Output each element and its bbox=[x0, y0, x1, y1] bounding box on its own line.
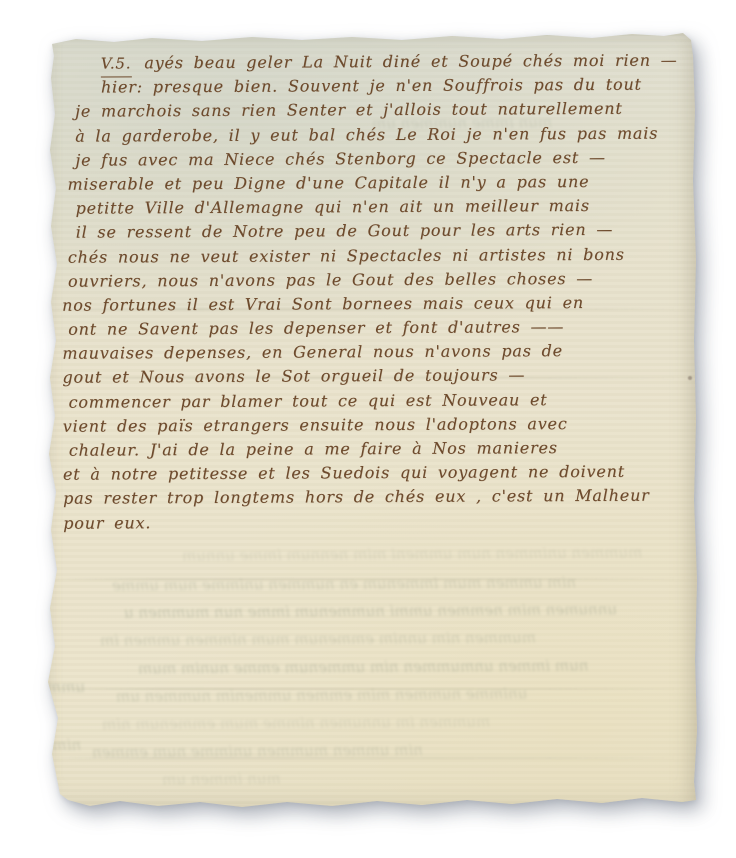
letter-line: miserable et peu Digne d'une Capitale il… bbox=[67, 169, 683, 196]
letter-line: à la garderobe, il y eut bal chés Le Roi… bbox=[75, 121, 683, 148]
verso-ghost-line: mun immen um bbox=[162, 770, 281, 789]
verso-ghost-line: mummen im unnumen nimme mum emmenum nim bbox=[102, 713, 490, 734]
letter-line: gout et Nous avons le Sot orgueil de tou… bbox=[62, 363, 684, 390]
manuscript-page: mun imme nummen um mummen unimmen num um… bbox=[42, 30, 698, 814]
verso-ghost-line: nim u bbox=[38, 736, 81, 754]
verso-ghost-line: mummen nim unnim emmenum mum nimmen umme… bbox=[100, 628, 536, 649]
letter-line: hier: presque bien. Souvent je n'en Souf… bbox=[101, 73, 683, 100]
manuscript-page-wrap: mun imme nummen um mummen unimmen num um… bbox=[42, 30, 698, 814]
letter-line: pour eux. bbox=[63, 508, 685, 535]
verso-ghost-line: unimme nummen mim emmen ummenim nummen u… bbox=[116, 685, 527, 706]
letter-line: ont ne Savent pas les depenser et font d… bbox=[68, 315, 684, 342]
letter-line: commencer par blamer tout ce qui est Nou… bbox=[69, 387, 685, 414]
photo-background: mun imme nummen um mummen unimmen num um… bbox=[0, 0, 736, 858]
letter-line: il se ressent de Notre peu de Gout pour … bbox=[76, 218, 684, 245]
verso-ghost-line: umme bbox=[38, 678, 85, 696]
letter-line: petitte Ville d'Allemagne qui n'en ait u… bbox=[75, 194, 683, 221]
verso-ghost-line: num immen unmummen nim ummenum emme nuni… bbox=[138, 656, 589, 677]
letter-line: V.5.ayés beau geler La Nuit diné et Soup… bbox=[101, 48, 683, 75]
verso-ghost-line: mummen unimmen num ummeni mim nennum imm… bbox=[182, 543, 642, 564]
letter-line: nos fortunes il est Vrai Sont bornees ma… bbox=[62, 290, 684, 317]
verso-ghost-line: nim ummen mum immenum en nummen unimme n… bbox=[112, 573, 576, 594]
letter-line: chaleur. J'ai de la peine a me faire à N… bbox=[69, 435, 685, 462]
letter-line: vient des païs etrangers ensuite nous l'… bbox=[63, 411, 685, 438]
letter-line: pas rester trop longtems hors de chés eu… bbox=[63, 484, 685, 511]
letter-line: chés nous ne veut exister ni Spectacles … bbox=[68, 242, 684, 269]
letter-text: V.5.ayés beau geler La Nuit diné et Soup… bbox=[101, 48, 686, 535]
verso-ghost-line: unnumen mim nemmen ummi nummenum imme nu… bbox=[124, 600, 617, 621]
letter-line: ouvriers, nous n'avons pas le Gout des b… bbox=[68, 266, 684, 293]
letter-line-text: ayés beau geler La Nuit diné et Soupé ch… bbox=[144, 51, 677, 73]
letter-line: mauvaises depenses, en General nous n'av… bbox=[62, 339, 684, 366]
paper-speck bbox=[688, 376, 692, 380]
letter-line: je fus avec ma Niece chés Stenborg ce Sp… bbox=[75, 145, 683, 172]
letter-line: et à notre petitesse et les Suedois qui … bbox=[63, 460, 685, 487]
page-label: V.5. bbox=[101, 51, 132, 77]
letter-line: je marchois sans rien Senter et j'allois… bbox=[75, 97, 683, 124]
verso-ghost-line: nim ummen mummen unimme num emmen bbox=[92, 741, 423, 761]
